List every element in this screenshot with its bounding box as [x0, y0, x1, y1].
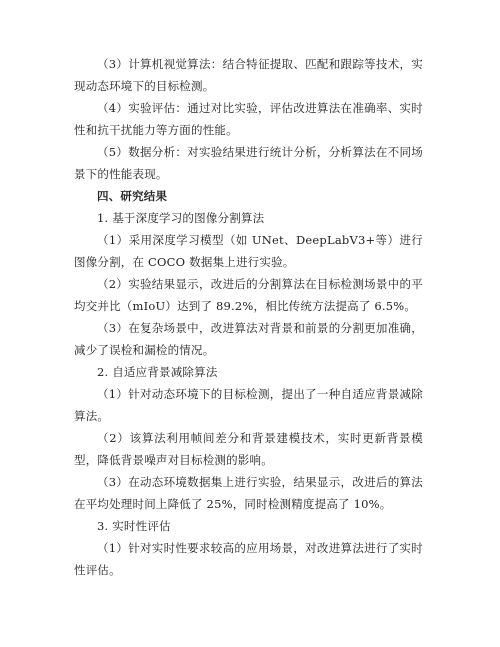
paragraph: （1）针对动态环境下的目标检测，提出了一种自适应背景减除算法。	[74, 383, 423, 427]
paragraph: （3）在复杂场景中，改进算法对背景和前景的分割更加准确，减少了误检和漏检的情况。	[74, 317, 423, 361]
paragraph: （5）数据分析：对实验结果进行统计分析，分析算法在不同场景下的性能表现。	[74, 141, 423, 185]
paragraph: （2）实验结果显示，改进后的分割算法在目标检测场景中的平均交并比（mIoU）达到…	[74, 273, 423, 317]
document-page: （3）计算机视觉算法：结合特征提取、匹配和跟踪等技术，实现动态环境下的目标检测。…	[0, 0, 500, 647]
paragraph: 1. 基于深度学习的图像分割算法	[74, 207, 423, 229]
paragraph: 3. 实时性评估	[74, 515, 423, 537]
paragraph: （3）在动态环境数据集上进行实验，结果显示，改进后的算法在平均处理时间上降低了 …	[74, 471, 423, 515]
paragraph: （1）针对实时性要求较高的应用场景，对改进算法进行了实时性评估。	[74, 537, 423, 581]
paragraph: （3）计算机视觉算法：结合特征提取、匹配和跟踪等技术，实现动态环境下的目标检测。	[74, 53, 423, 97]
paragraph: （4）实验评估：通过对比实验，评估改进算法在准确率、实时性和抗干扰能力等方面的性…	[74, 97, 423, 141]
paragraph: 2. 自适应背景减除算法	[74, 361, 423, 383]
paragraph: （2）该算法利用帧间差分和背景建模技术，实时更新背景模型，降低背景噪声对目标检测…	[74, 427, 423, 471]
section-heading: 四、研究结果	[74, 185, 423, 207]
paragraph: （1）采用深度学习模型（如 UNet、DeepLabV3+等）进行图像分割，在 …	[74, 229, 423, 273]
document-body: （3）计算机视觉算法：结合特征提取、匹配和跟踪等技术，实现动态环境下的目标检测。…	[74, 53, 423, 581]
